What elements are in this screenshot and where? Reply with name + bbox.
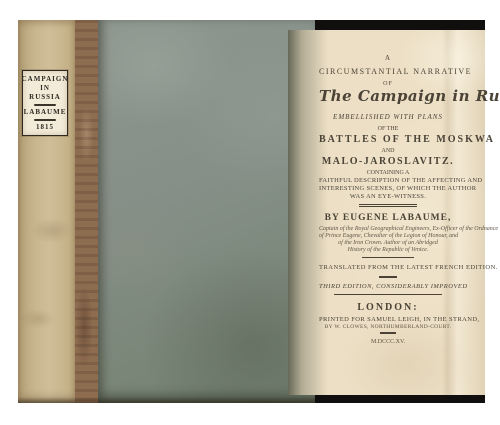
titlepage-imprint-city: LONDON: <box>319 303 457 313</box>
titlepage-line: Captain of the Royal Geographical Engine… <box>319 226 457 232</box>
title-page: A CIRCUMSTANTIAL NARRATIVE OF The Campai… <box>288 30 485 395</box>
spine-label-rule <box>34 119 56 121</box>
titlepage-line: History of the Republic of Venice. <box>319 247 457 253</box>
spine-label-title-line: CAMPAIGN <box>22 75 69 84</box>
titlepage-author: BY EUGENE LABAUME, <box>319 214 457 224</box>
spine-label-rule <box>34 104 56 106</box>
book-photo: CAMPAIGN IN RUSSIA LABAUME 1815 A CIRCUM… <box>18 20 485 403</box>
book-hinge-strip <box>75 20 98 403</box>
book-spine: CAMPAIGN IN RUSSIA LABAUME 1815 <box>18 20 75 403</box>
titlepage-line: INTERESTING SCENES, OF WHICH THE AUTHOR <box>319 186 457 193</box>
spine-label: CAMPAIGN IN RUSSIA LABAUME 1815 <box>22 70 68 136</box>
titlepage-line: BATTLES OF THE MOSKWA <box>319 135 457 145</box>
titlepage-line: FAITHFUL DESCRIPTION OF THE AFFECTING AN… <box>319 178 457 185</box>
book-listing-photo: CAMPAIGN IN RUSSIA LABAUME 1815 A CIRCUM… <box>0 0 500 425</box>
titlepage-line: CONTAINING A <box>319 170 457 176</box>
book-front-cover <box>98 20 320 403</box>
titlepage-line: EMBELLISHED WITH PLANS <box>319 114 457 121</box>
titlepage-line: THIRD EDITION, CONSIDERABLY IMPROVED <box>319 284 457 291</box>
titlepage-imprint: BY W. CLOWES, NORTHUMBERLAND-COURT. <box>319 325 457 331</box>
titlepage-line: OF THE <box>319 126 457 132</box>
titlepage-line: AND <box>319 148 457 154</box>
ornament-rule <box>359 204 417 207</box>
spine-label-author: LABAUME <box>24 108 67 117</box>
titlepage-line: WAS AN EYE-WITNESS. <box>319 194 457 201</box>
titlepage-line: of Prince Eugene, Chevalier of the Legio… <box>319 233 457 239</box>
ornament-rule <box>362 257 414 258</box>
ornament-rule <box>334 294 442 295</box>
cover-bottom-shadow <box>18 397 320 403</box>
titlepage-line: TRANSLATED FROM THE LATEST FRENCH EDITIO… <box>319 265 457 272</box>
spine-label-title-line: IN <box>40 84 50 93</box>
ornament-rule <box>379 276 397 278</box>
titlepage-imprint: PRINTED FOR SAMUEL LEIGH, IN THE STRAND, <box>319 317 457 324</box>
titlepage-date: M.DCCC.XV. <box>319 339 457 345</box>
titlepage-line: of the Iron Crown. Author of an Abridged <box>319 240 457 246</box>
titlepage-line: A <box>319 55 457 62</box>
titlepage-line: MALO-JAROSLAVITZ. <box>319 157 457 167</box>
title-page-text: A CIRCUMSTANTIAL NARRATIVE OF The Campai… <box>319 30 457 395</box>
spine-label-title-line: RUSSIA <box>29 93 61 102</box>
titlepage-line: CIRCUMSTANTIAL NARRATIVE <box>319 68 457 76</box>
ornament-rule <box>380 332 396 334</box>
spine-label-year: 1815 <box>36 123 54 132</box>
titlepage-main-title: The Campaign in Russia, <box>319 89 457 104</box>
title-page-photo: A CIRCUMSTANTIAL NARRATIVE OF The Campai… <box>315 20 485 403</box>
